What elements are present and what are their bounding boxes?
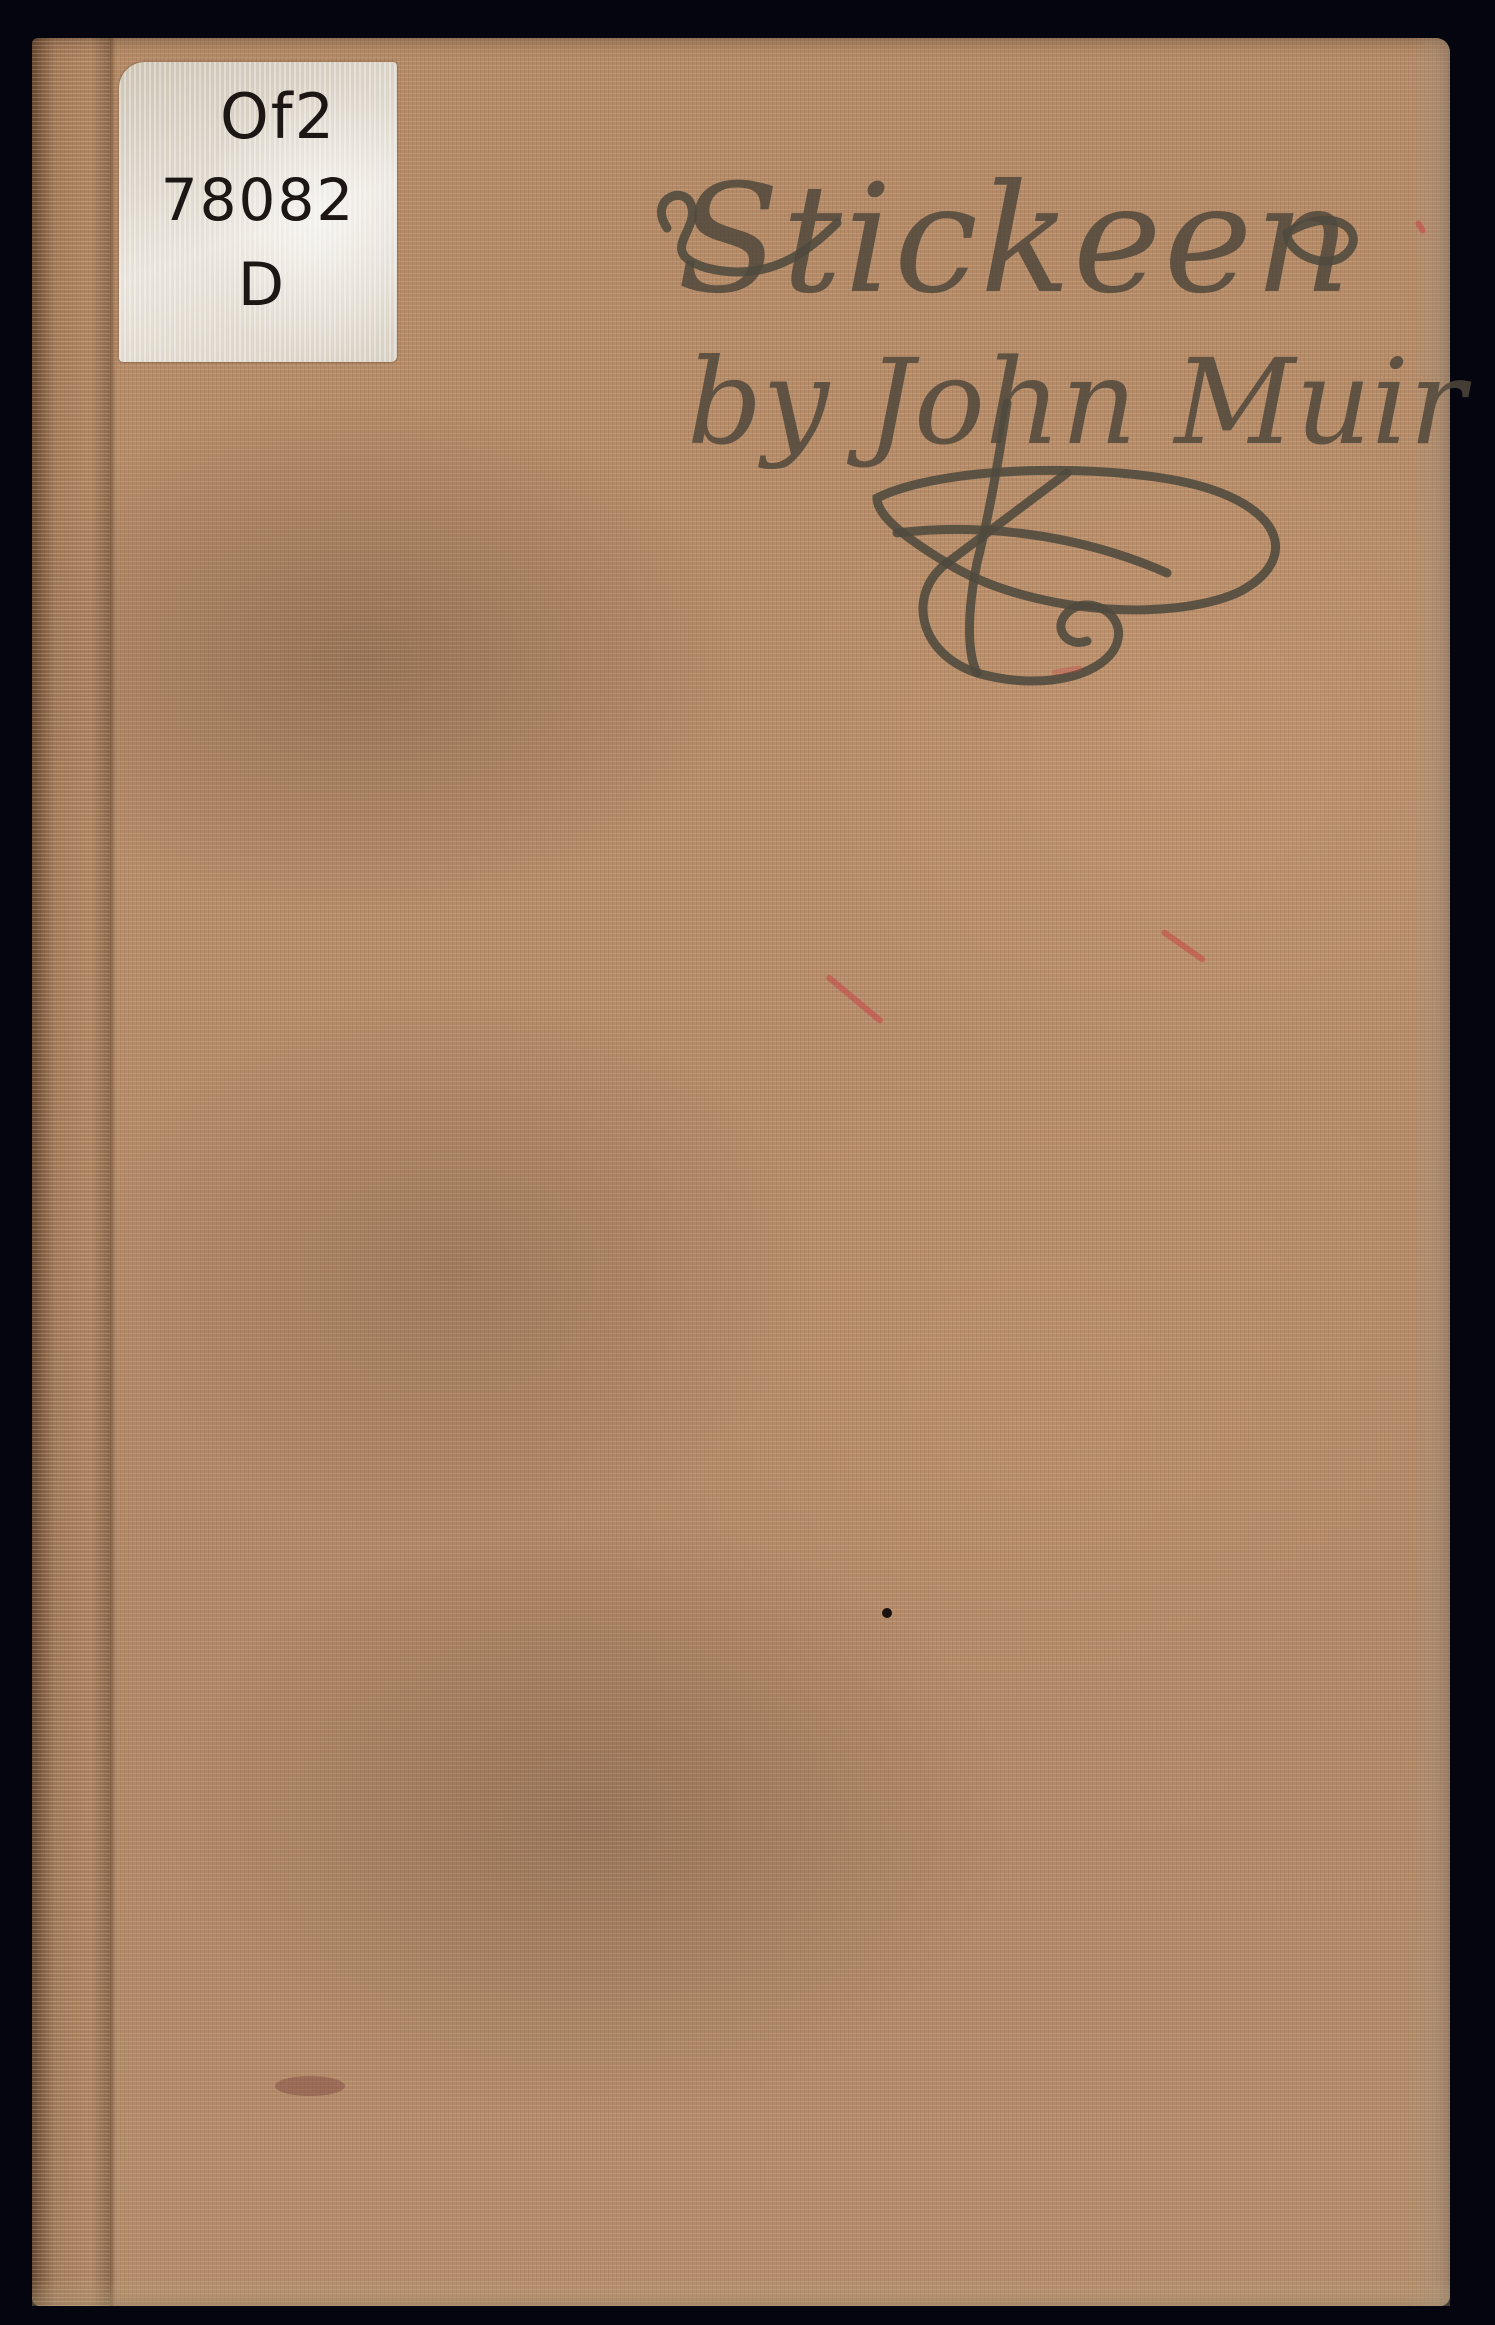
call-number-line-2: 78082	[119, 166, 397, 234]
calligraphic-flourish-icon	[647, 93, 1397, 753]
call-number-line-3: D	[119, 250, 397, 320]
bottom-edge-wear	[32, 2280, 1450, 2306]
hinge-groove	[110, 38, 116, 2306]
ink-smudge	[275, 2076, 345, 2096]
book-cover: Of2 78082 D Stickeen by John Muir	[32, 38, 1450, 2306]
call-number-line-1: Of2	[119, 80, 397, 153]
spine-hinge	[32, 38, 110, 2306]
library-call-number-label: Of2 78082 D	[119, 62, 397, 362]
red-pencil-mark	[825, 974, 884, 1025]
red-pencil-mark	[1160, 929, 1206, 964]
title-block: Stickeen by John Muir	[647, 93, 1397, 753]
ink-dot	[882, 1608, 892, 1618]
